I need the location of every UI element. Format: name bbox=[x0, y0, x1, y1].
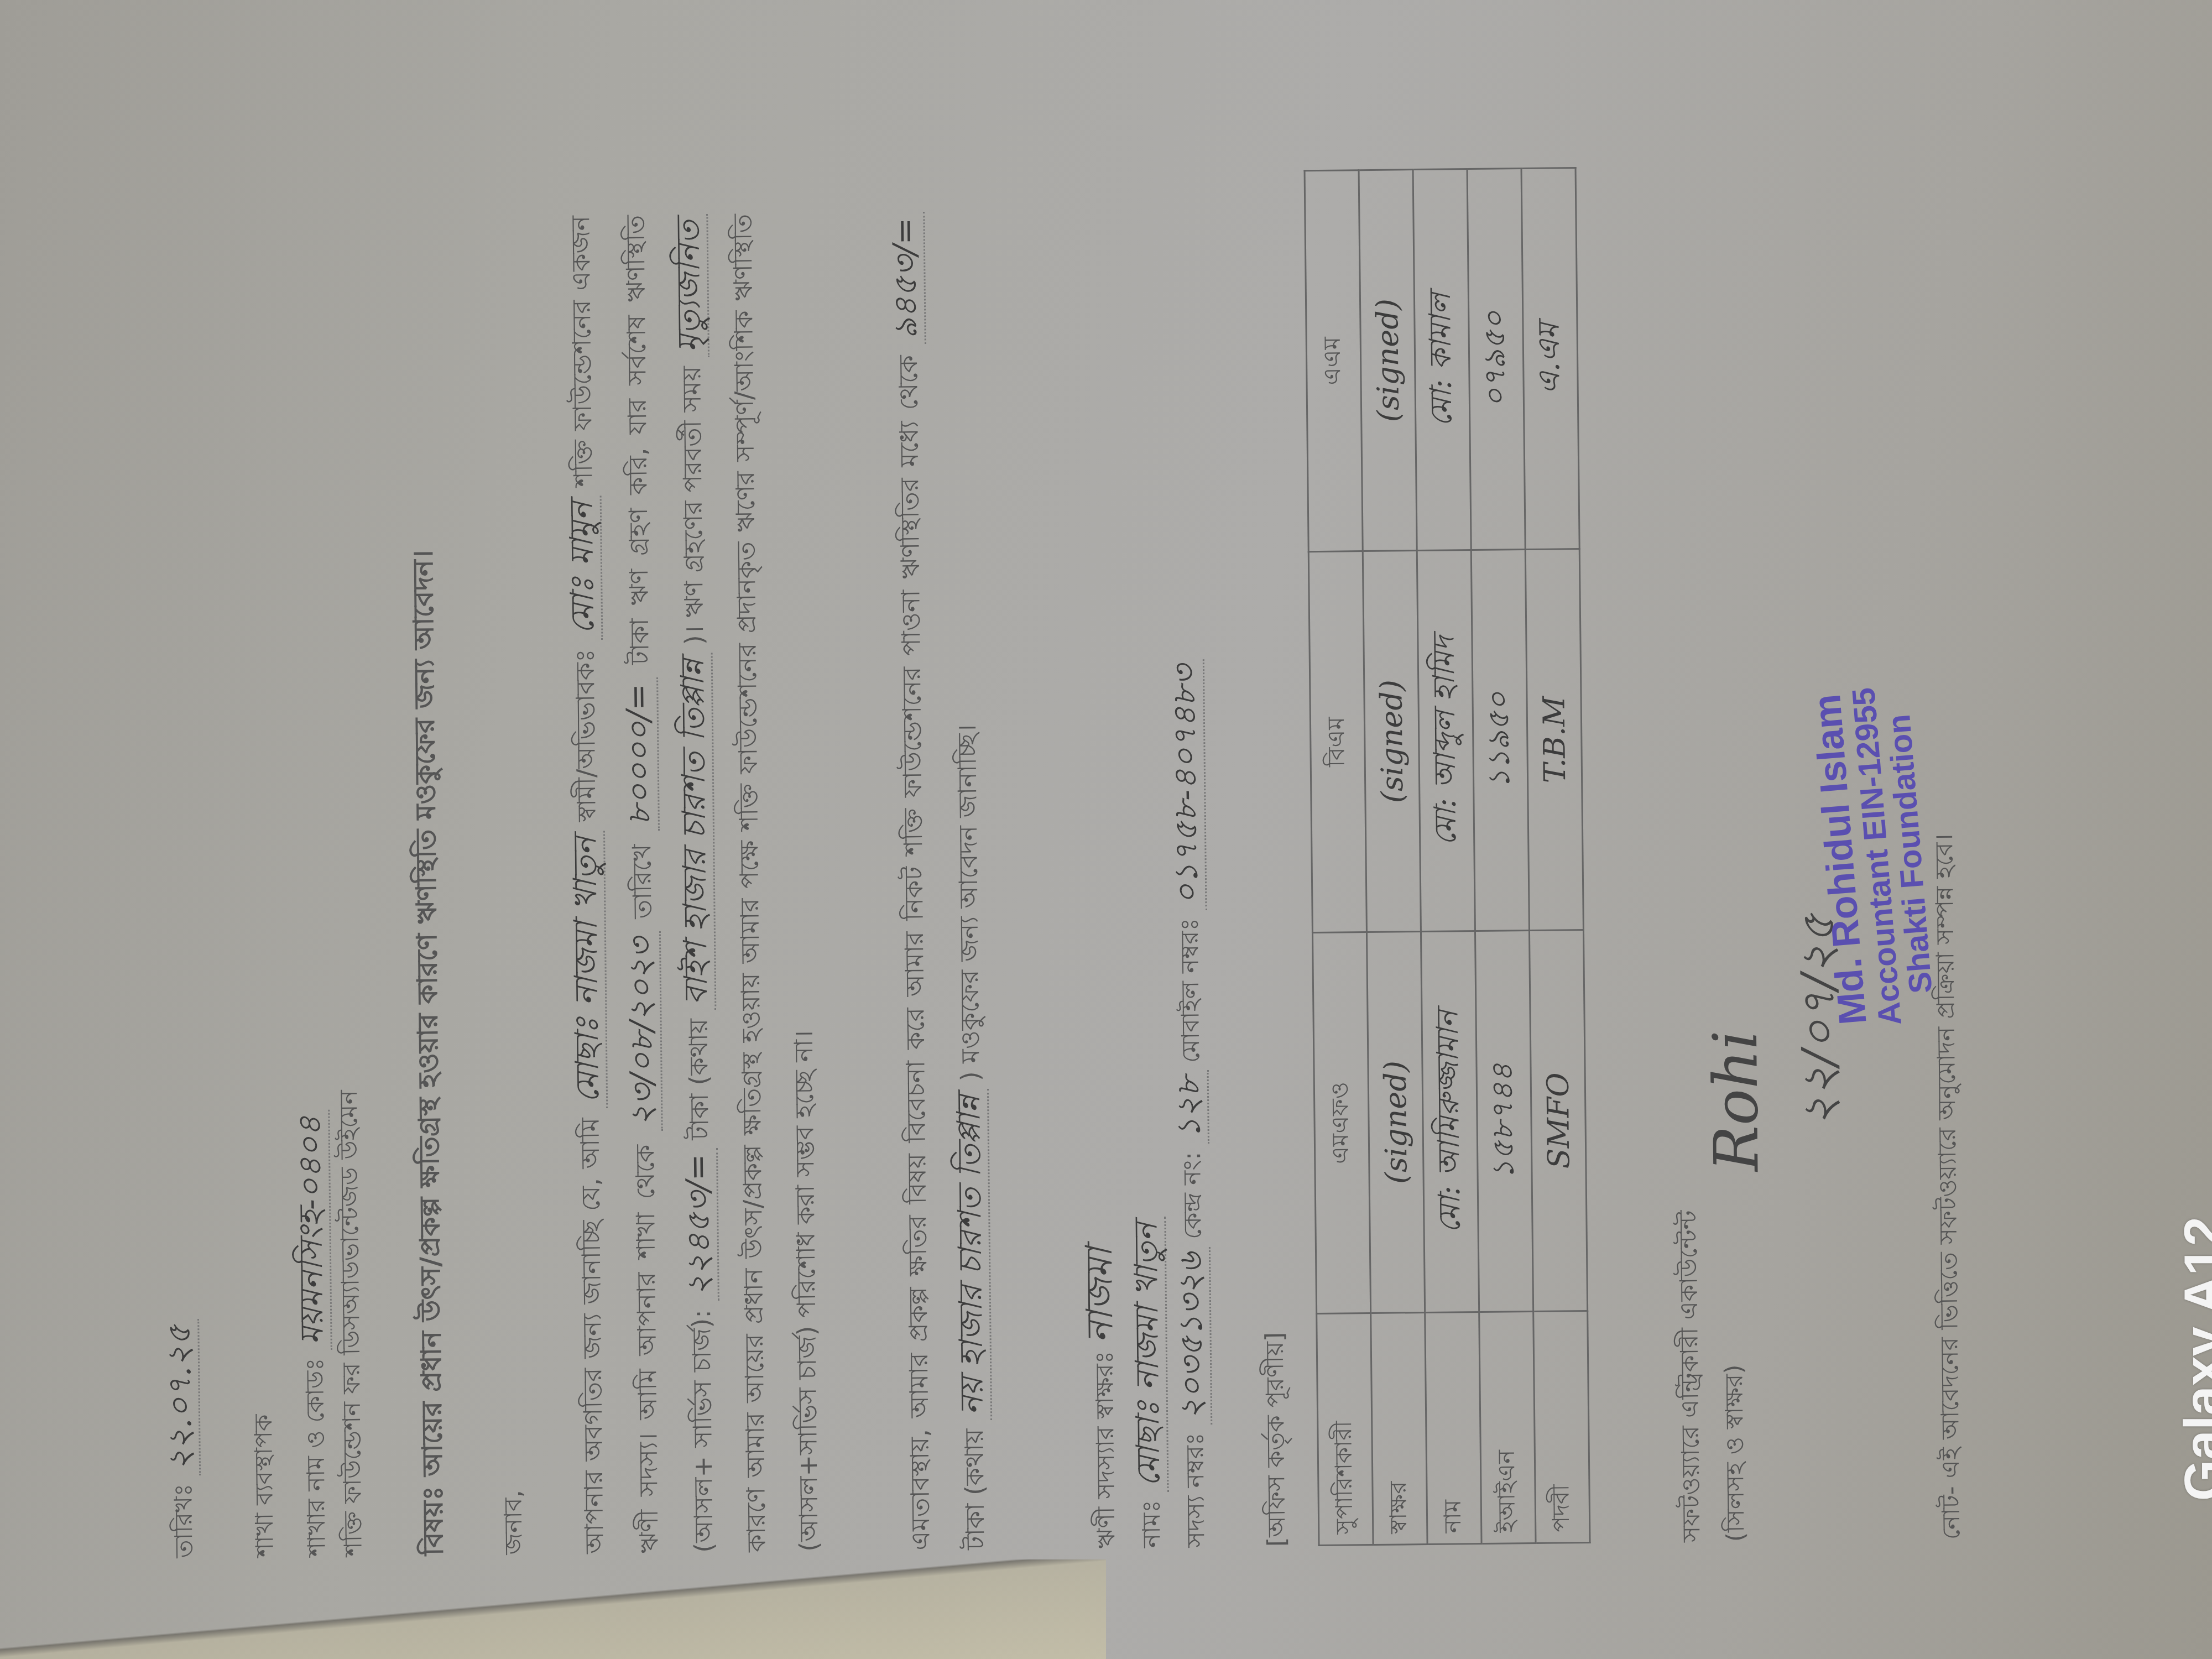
kendra-number: ১২৮ bbox=[1170, 1070, 1209, 1144]
date-row: তারিখঃ ২২.০৭.২৫ bbox=[160, 1319, 201, 1558]
member-signature: নাজমা bbox=[1078, 1247, 1121, 1343]
member-number: ২০৩৫১৩২৬ bbox=[1171, 1247, 1212, 1425]
date-label: তারিখঃ bbox=[169, 1483, 198, 1558]
subject-line: বিষয়ঃ আয়ের প্রধান উৎস/প্রকল্প ক্ষতিগ্র… bbox=[406, 550, 450, 1556]
loan-date-fill: ২৩/০৮/২০২৩ bbox=[622, 932, 663, 1131]
mfo-signature: (signed) bbox=[1366, 932, 1425, 1313]
footer-note: নোট- এই আবেদনের ভিত্তিতে সফটওয়্যারে অনু… bbox=[1930, 833, 1966, 1540]
recipient-line-1: শাখা ব্যবস্থাপক bbox=[249, 1414, 280, 1557]
am-signature: (signed) bbox=[1359, 170, 1417, 551]
accountant-signature: Rohi bbox=[1700, 1030, 1772, 1171]
date-value: ২২.০৭.২৫ bbox=[160, 1319, 201, 1476]
member-signature-row: ঋণী সদস্যার স্বাক্ষরঃ নাজমা bbox=[1077, 1247, 1124, 1549]
document-page: তারিখঃ ২২.০৭.২৫ শাখা ব্যবস্থাপক শাখার না… bbox=[75, 17, 2137, 1642]
accountant-label: সফটওয়্যারে এন্ট্রিকারী একাউন্টেন্ট bbox=[1674, 1210, 1707, 1542]
paper-edge bbox=[0, 1559, 1106, 1659]
member-name-fill: মোছাঃ নাজমা খাতুন bbox=[566, 831, 608, 1108]
paragraph-2: এমতাবস্থায়, আমার প্রকল্প ক্ষতির বিষয় ব… bbox=[878, 211, 1001, 1551]
waiver-amount-fill: ৯৪৫৩/= bbox=[885, 212, 926, 344]
member-details-row: সদস্য নম্বরঃ ২০৩৫১৩২৬ কেন্দ্র নং: ১২৮ মো… bbox=[1165, 659, 1213, 1548]
accountant-sub-label: (সিলসহ ও স্বাক্ষর) bbox=[1720, 1364, 1751, 1542]
outstanding-words-fill: বাইশ হাজার চারশত তিপ্পান্ন bbox=[674, 653, 717, 1010]
guardian-fill: মোঃ মামুন bbox=[562, 496, 603, 640]
branch-code-label: শাখার নাম ও কোডঃ bbox=[301, 1358, 331, 1557]
member-name-value: মোছাঃ নাজমা খাতুন bbox=[1126, 1217, 1168, 1492]
camera-watermark: Galaxy A12 bbox=[2173, 1217, 2212, 1501]
outstanding-fill: ২২৪৫৩/= bbox=[679, 1148, 719, 1301]
salutation: জনাব, bbox=[499, 1490, 529, 1554]
loan-amount-fill: ৮০০০০/= bbox=[619, 678, 660, 831]
branch-code-value: ময়মনসিংহ-০৪০৪ bbox=[290, 1110, 332, 1350]
office-section-label: [অফিস কর্তৃক পূরণীয়] bbox=[1261, 1332, 1292, 1547]
recipient-line-3: শক্তি ফাউন্ডেশন ফর ডিসঅ্যাডভান্টেজড উইমে… bbox=[335, 1090, 369, 1557]
recipient-line-2: শাখার নাম ও কোডঃ ময়মনসিংহ-০৪০৪ bbox=[290, 1110, 333, 1557]
member-name-row: নামঃ মোছাঃ নাজমা খাতুন bbox=[1126, 1217, 1168, 1548]
reason-fill: মৃত্যুজনিত bbox=[669, 214, 709, 358]
paragraph-1: আপনার অবগতির জন্য জানাচ্ছি যে, আমি মোছাঃ… bbox=[552, 213, 835, 1554]
waiver-words-fill: নয় হাজার চারশত তিপ্পান্ন bbox=[950, 1089, 992, 1421]
office-table: সুপারিশকারী এমএফও বিএম এএম স্বাক্ষর (sig… bbox=[1304, 167, 1591, 1546]
bm-signature: (signed) bbox=[1363, 551, 1421, 932]
mobile-number: ০১৭৫৮-৪০৭৪৮৩ bbox=[1165, 659, 1207, 911]
